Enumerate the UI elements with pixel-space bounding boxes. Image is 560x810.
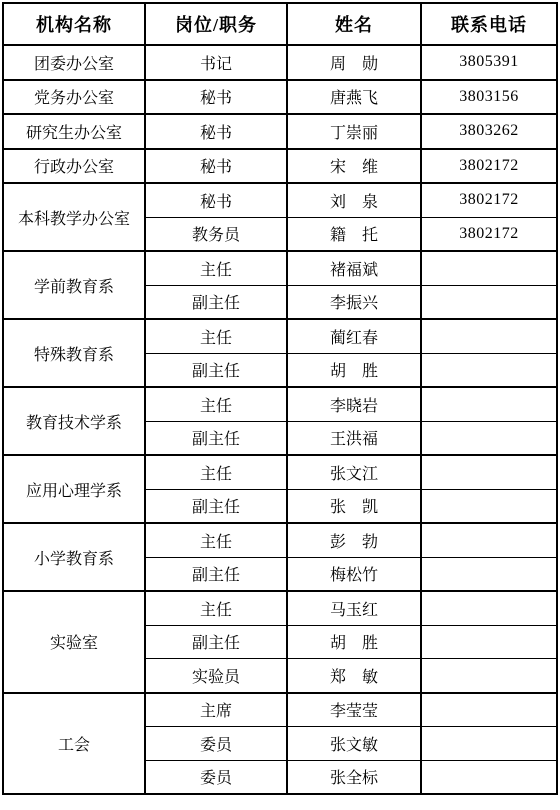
- org-name-cell: 教育技术学系: [3, 387, 145, 455]
- position-cell: 秘书: [145, 149, 287, 184]
- person-name-cell: 李莹莹: [287, 693, 421, 727]
- position-cell: 主任: [145, 591, 287, 625]
- phone-cell: [421, 319, 557, 353]
- position-cell: 副主任: [145, 489, 287, 523]
- position-cell: 秘书: [145, 183, 287, 217]
- phone-cell: [421, 625, 557, 659]
- position-cell: 秘书: [145, 114, 287, 149]
- person-name-cell: 蔺红春: [287, 319, 421, 353]
- table-body: 团委办公室书记周 勋3805391党务办公室秘书唐燕飞3803156研究生办公室…: [3, 45, 557, 794]
- phone-cell: 3802172: [421, 149, 557, 184]
- phone-cell: 3805391: [421, 45, 557, 80]
- person-name-cell: 彭 勃: [287, 523, 421, 557]
- contact-directory-table: 机构名称 岗位/职务 姓名 联系电话 团委办公室书记周 勋3805391党务办公…: [2, 2, 558, 795]
- table-header-row: 机构名称 岗位/职务 姓名 联系电话: [3, 3, 557, 45]
- org-name-cell: 研究生办公室: [3, 114, 145, 149]
- table-row: 小学教育系主任彭 勃: [3, 523, 557, 557]
- org-name-cell: 特殊教育系: [3, 319, 145, 387]
- position-cell: 副主任: [145, 557, 287, 591]
- position-cell: 主席: [145, 693, 287, 727]
- phone-cell: 3803156: [421, 80, 557, 115]
- org-name-cell: 小学教育系: [3, 523, 145, 591]
- table-row: 实验室主任马玉红: [3, 591, 557, 625]
- phone-cell: [421, 285, 557, 319]
- phone-cell: [421, 591, 557, 625]
- org-name-cell: 工会: [3, 693, 145, 795]
- org-name-cell: 团委办公室: [3, 45, 145, 80]
- table-row: 工会主席李莹莹: [3, 693, 557, 727]
- person-name-cell: 胡 胜: [287, 353, 421, 387]
- person-name-cell: 梅松竹: [287, 557, 421, 591]
- person-name-cell: 李振兴: [287, 285, 421, 319]
- position-cell: 副主任: [145, 285, 287, 319]
- phone-cell: [421, 421, 557, 455]
- header-name: 姓名: [287, 3, 421, 45]
- position-cell: 主任: [145, 455, 287, 489]
- person-name-cell: 胡 胜: [287, 625, 421, 659]
- table-row: 团委办公室书记周 勋3805391: [3, 45, 557, 80]
- table-row: 教育技术学系主任李晓岩: [3, 387, 557, 421]
- header-phone: 联系电话: [421, 3, 557, 45]
- position-cell: 实验员: [145, 659, 287, 693]
- org-name-cell: 实验室: [3, 591, 145, 693]
- org-name-cell: 学前教育系: [3, 251, 145, 319]
- phone-cell: [421, 455, 557, 489]
- phone-cell: 3802172: [421, 183, 557, 217]
- position-cell: 教务员: [145, 217, 287, 251]
- phone-cell: [421, 727, 557, 761]
- phone-cell: [421, 523, 557, 557]
- phone-cell: [421, 489, 557, 523]
- position-cell: 书记: [145, 45, 287, 80]
- person-name-cell: 刘 泉: [287, 183, 421, 217]
- phone-cell: 3802172: [421, 217, 557, 251]
- position-cell: 副主任: [145, 353, 287, 387]
- position-cell: 主任: [145, 387, 287, 421]
- table-row: 应用心理学系主任张文江: [3, 455, 557, 489]
- position-cell: 委员: [145, 760, 287, 794]
- table-row: 特殊教育系主任蔺红春: [3, 319, 557, 353]
- person-name-cell: 丁崇丽: [287, 114, 421, 149]
- position-cell: 主任: [145, 251, 287, 285]
- position-cell: 副主任: [145, 421, 287, 455]
- phone-cell: [421, 659, 557, 693]
- phone-cell: [421, 693, 557, 727]
- person-name-cell: 王洪福: [287, 421, 421, 455]
- phone-cell: [421, 760, 557, 794]
- org-name-cell: 党务办公室: [3, 80, 145, 115]
- org-name-cell: 应用心理学系: [3, 455, 145, 523]
- position-cell: 主任: [145, 523, 287, 557]
- table-row: 研究生办公室秘书丁崇丽3803262: [3, 114, 557, 149]
- position-cell: 副主任: [145, 625, 287, 659]
- position-cell: 委员: [145, 727, 287, 761]
- person-name-cell: 唐燕飞: [287, 80, 421, 115]
- table-row: 学前教育系主任褚福斌: [3, 251, 557, 285]
- person-name-cell: 周 勋: [287, 45, 421, 80]
- person-name-cell: 李晓岩: [287, 387, 421, 421]
- document-page: 机构名称 岗位/职务 姓名 联系电话 团委办公室书记周 勋3805391党务办公…: [0, 0, 560, 810]
- person-name-cell: 张 凯: [287, 489, 421, 523]
- header-position: 岗位/职务: [145, 3, 287, 45]
- phone-cell: [421, 557, 557, 591]
- person-name-cell: 张文敏: [287, 727, 421, 761]
- person-name-cell: 张文江: [287, 455, 421, 489]
- person-name-cell: 张全标: [287, 760, 421, 794]
- position-cell: 秘书: [145, 80, 287, 115]
- phone-cell: 3803262: [421, 114, 557, 149]
- org-name-cell: 本科教学办公室: [3, 183, 145, 251]
- person-name-cell: 褚福斌: [287, 251, 421, 285]
- phone-cell: [421, 387, 557, 421]
- person-name-cell: 籍 托: [287, 217, 421, 251]
- org-name-cell: 行政办公室: [3, 149, 145, 184]
- position-cell: 主任: [145, 319, 287, 353]
- table-row: 党务办公室秘书唐燕飞3803156: [3, 80, 557, 115]
- person-name-cell: 宋 维: [287, 149, 421, 184]
- person-name-cell: 郑 敏: [287, 659, 421, 693]
- table-row: 本科教学办公室秘书刘 泉3802172: [3, 183, 557, 217]
- table-row: 行政办公室秘书宋 维3802172: [3, 149, 557, 184]
- header-org: 机构名称: [3, 3, 145, 45]
- person-name-cell: 马玉红: [287, 591, 421, 625]
- phone-cell: [421, 251, 557, 285]
- phone-cell: [421, 353, 557, 387]
